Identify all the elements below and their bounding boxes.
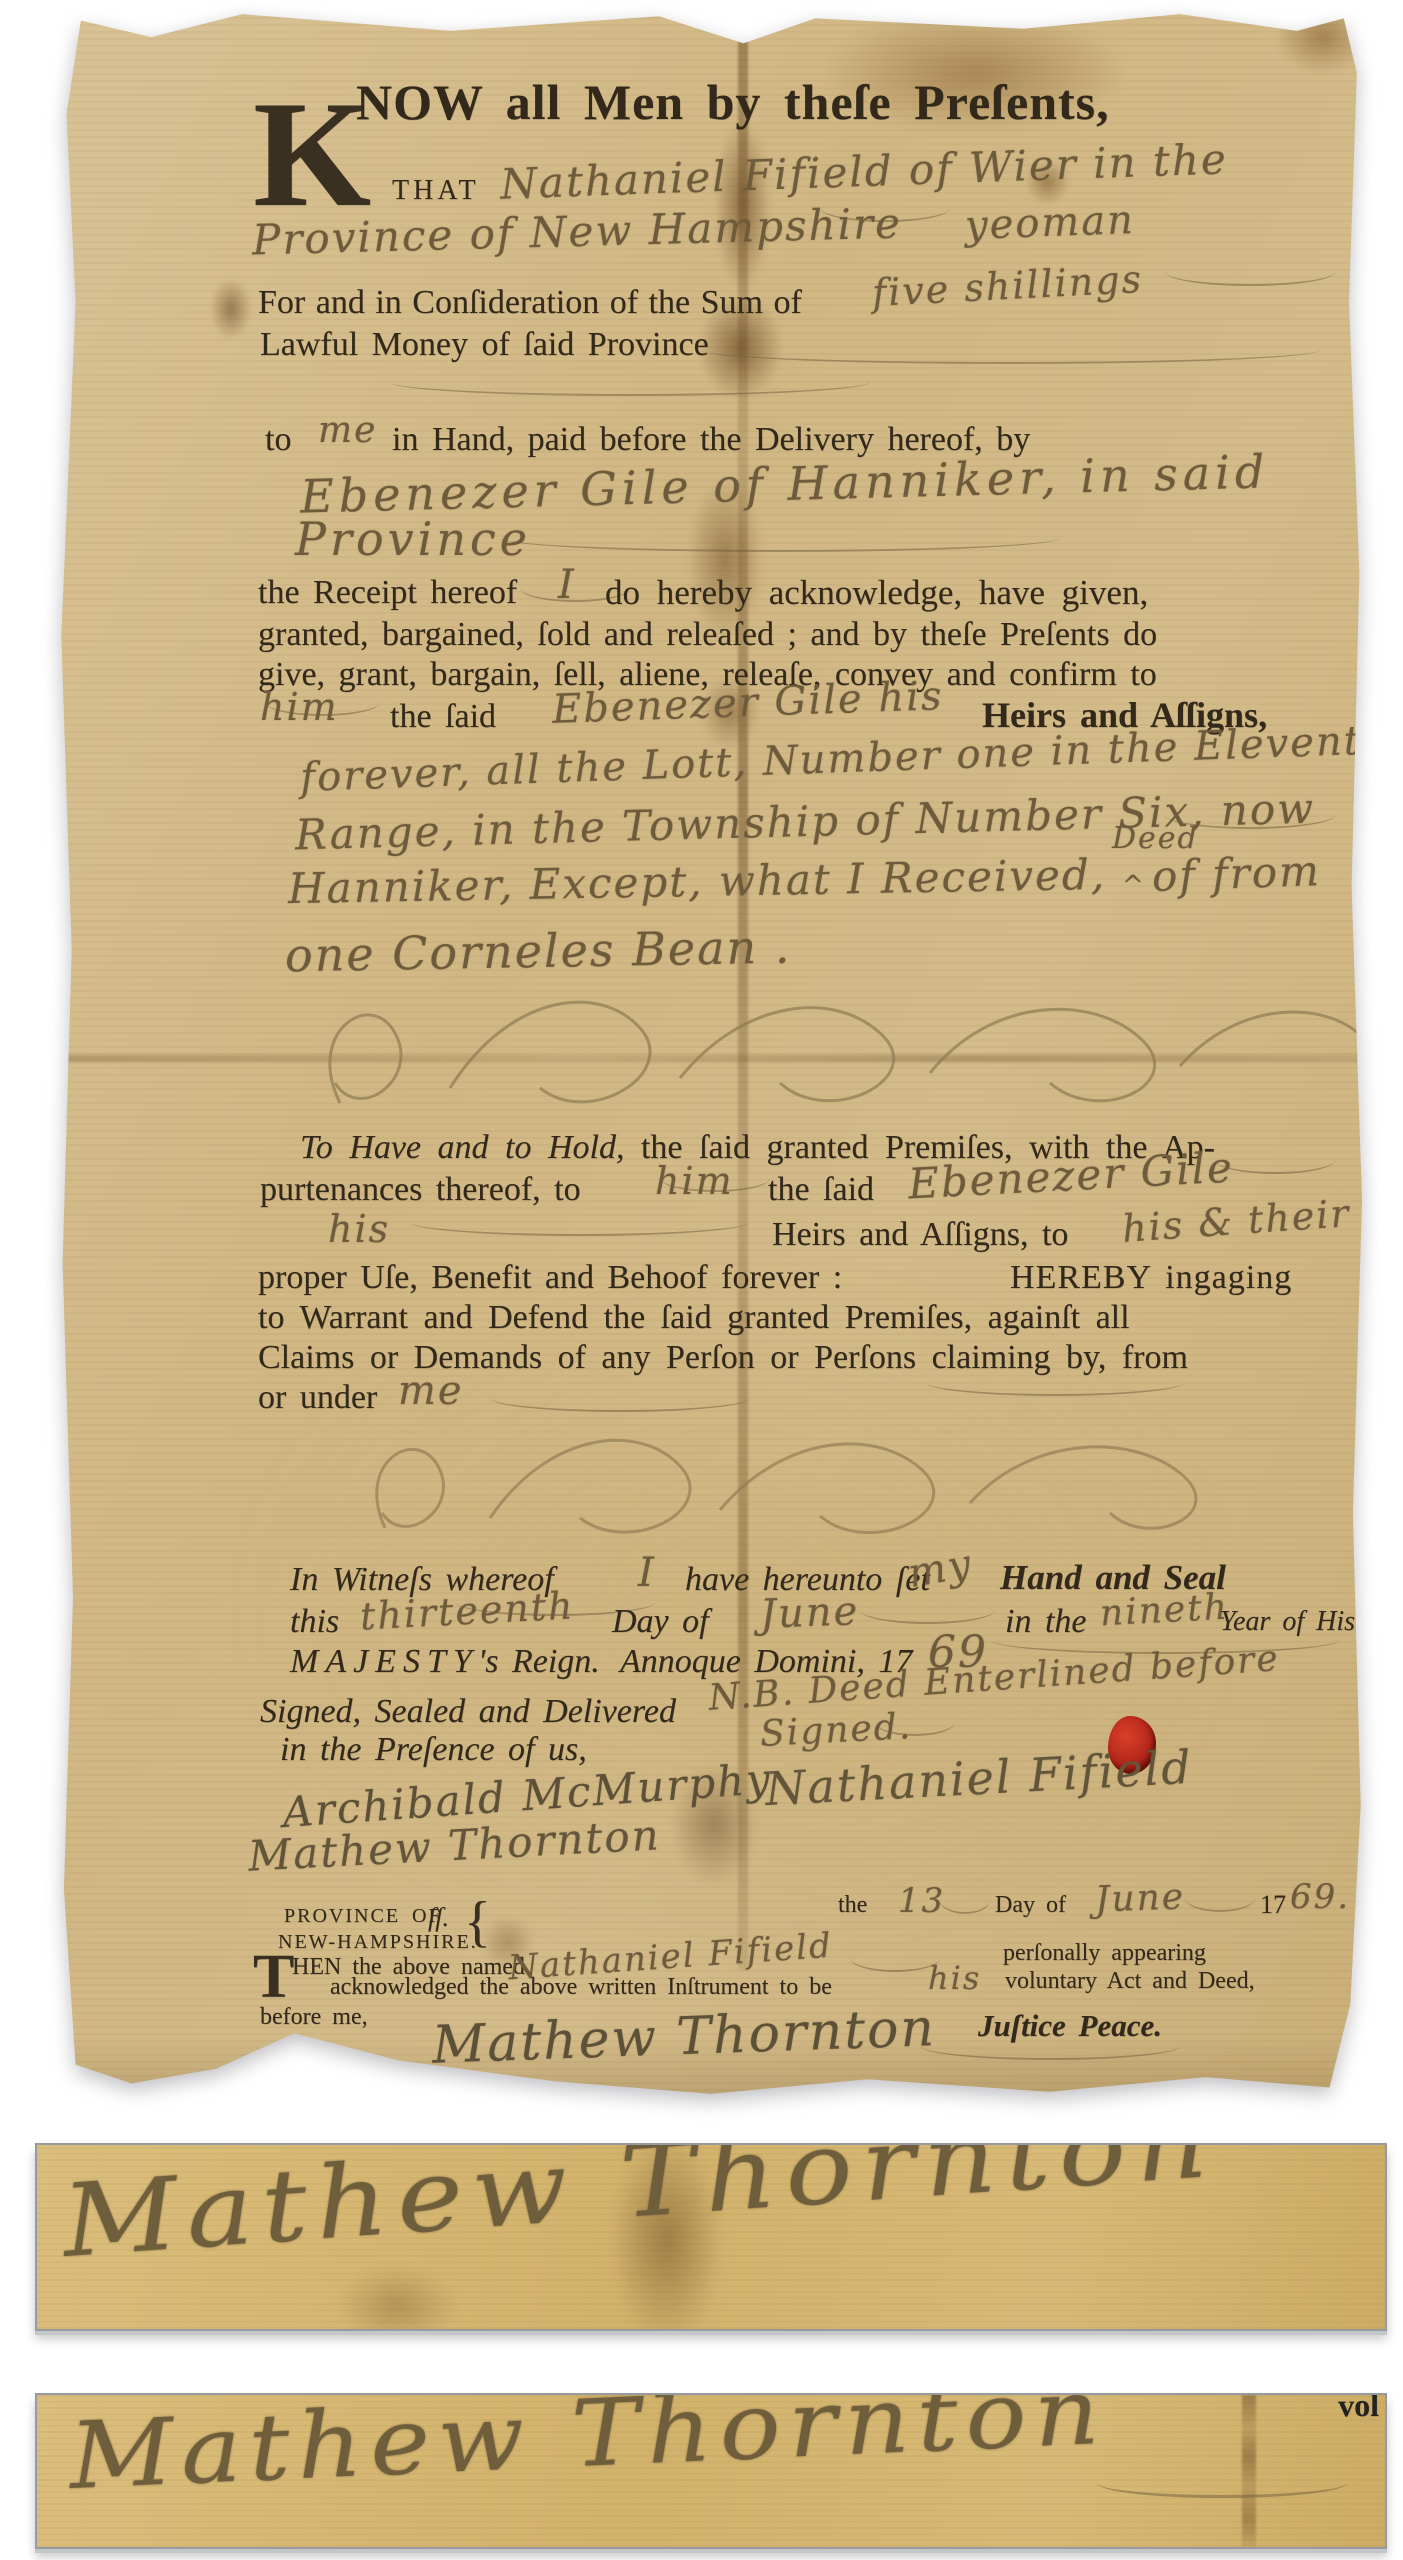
stain [715, 120, 770, 290]
hw-yeoman: yeoman [964, 197, 1135, 249]
stain [210, 278, 252, 340]
stain [688, 480, 763, 640]
consideration-line-1: For and in Conſideration of the Sum of [258, 283, 802, 322]
hw-witness-signature-1: Archibald McMurphy [281, 1755, 774, 1837]
hw-province-line: Province of New Hampshire [251, 200, 902, 265]
signature-detail-strip-1: Archibald McMurphy Mathew Thornton [35, 2143, 1387, 2331]
ss-label: ſſ. [428, 1903, 449, 1933]
hw-thornton-signature-large-2: Mathew Thornton [67, 2393, 1109, 2510]
hw-lot-line-2: Range, in the Township of Number Six, no… [295, 785, 1316, 860]
hw-me: me [318, 410, 377, 451]
hw-his: his [328, 1208, 390, 1252]
majesty-rest: 's Reign. [478, 1642, 600, 1681]
receipt-2: granted, bargained, ſold and releaſed ; … [258, 615, 1157, 654]
habendum-line-2: purtenances thereof, to [260, 1170, 581, 1209]
brace: { [464, 1894, 491, 1950]
majesty-caps: MAJESTY [290, 1642, 479, 1681]
witness-clause-1: In Witneſs whereof [290, 1560, 554, 1599]
signed-sealed: Signed, Sealed and Delivered [260, 1692, 676, 1731]
hw-province-2: Province [295, 513, 531, 566]
stain [480, 1915, 535, 1970]
pen-flourish [850, 1958, 940, 1972]
wax-seal [1108, 1716, 1156, 1774]
hw-him: him [260, 686, 339, 730]
hw-grantee-line: Ebenezer Gile of Hanniker, in said [299, 445, 1270, 523]
hw-named: Nathaniel Fifield [507, 1927, 834, 1989]
then-clause: HEN the above named [292, 1954, 525, 1982]
year-of-his: Year of His [1220, 1606, 1355, 1638]
pen-flourish [925, 1382, 1185, 1396]
stain [672, 1765, 757, 1885]
heirs-assigns: Heirs and Aſſigns, [982, 695, 1267, 736]
day-of-label: Day of [612, 1602, 709, 1641]
pen-flourish [265, 702, 380, 716]
partial-print-vol: vol [1338, 2393, 1379, 2424]
hw-lot-line-4: one Corneles Bean . [285, 921, 792, 983]
hw-lot-line-3a: Hanniker, Except, what I Received, [288, 851, 1107, 914]
personally-appearing: perſonally appearing [1003, 1940, 1206, 1968]
hw-grantee-short: Ebenezer Gile his [551, 673, 944, 733]
stain [1275, 0, 1370, 75]
that-label: THAT [392, 175, 480, 207]
hw-i-2: I [638, 1550, 656, 1596]
pen-flourish [920, 2046, 1180, 2060]
hw-grantor-name: Nathaniel Fifield of Wier in the [499, 135, 1228, 209]
in-the-label: in the [1005, 1602, 1086, 1641]
annoque-domini: Annoque Domini, 17 [620, 1642, 912, 1681]
before-me: before me, [260, 2004, 368, 2032]
pen-flourish [1097, 2483, 1347, 2498]
pen-flourish [1215, 1160, 1335, 1174]
habendum-italic: To Have and to Hold, [300, 1129, 624, 1166]
vertical-fold [1242, 2395, 1256, 2547]
pen-flourish [520, 588, 630, 602]
hw-deed-insert: Deed [1112, 822, 1199, 857]
hw-year-2: 69. [1290, 1878, 1350, 1917]
pen-flourish [990, 1640, 1340, 1654]
hw-lot-line-3b: of from [1151, 847, 1322, 901]
to-label: to [265, 420, 291, 459]
witness-clause-3: Hand and Seal [1000, 1558, 1226, 1598]
hw-i: I [558, 562, 576, 608]
warranty-line-2: Claims or Demands of any Perſon or Perſo… [258, 1338, 1188, 1377]
hw-thornton-signature-large: Mathew Thornton [59, 2143, 1220, 2280]
receipt-1a: the Receipt hereof [258, 573, 517, 612]
pen-flourish [490, 1398, 750, 1412]
pen-flourish [860, 1610, 995, 1624]
habendum-line-3: proper Uſe, Benefit and Behoof forever : [258, 1258, 842, 1297]
pen-flourish [1185, 1898, 1255, 1912]
stain [1025, 160, 1070, 205]
hw-lot-line-1: forever, all the Lott, Number one in the… [300, 717, 1391, 801]
title-drop-cap: K [253, 78, 371, 230]
hereby-clause: HEREBY ingaging [1010, 1258, 1292, 1297]
hw-day-word: thirteenth [359, 1584, 576, 1639]
receipt-3: give, grant, bargain, ſell, aliene, rele… [258, 655, 1157, 694]
the-said-2: the ſaid [768, 1170, 874, 1209]
hw-day-number: 13 [898, 1882, 945, 1921]
witness-clause-2: have hereunto ſet [685, 1560, 930, 1599]
hw-me-2: me [398, 1368, 464, 1414]
warranty-line-1: to Warrant and Defend the ſaid granted P… [258, 1298, 1130, 1337]
the-said: the ſaid [390, 697, 496, 736]
habendum-line-1: To Have and to Hold, the ſaid granted Pr… [300, 1128, 1215, 1167]
hw-justice-signature: Mathew Thornton [431, 1999, 937, 2076]
acknowledged-clause: acknowledged the above written Inſtrumen… [330, 1974, 832, 2002]
then-drop-cap: T [253, 1946, 294, 2008]
hw-grantor-signature: Nathaniel Fifield [764, 1741, 1194, 1816]
scanned-deed-page: K NOW all Men by theſe Preſents, THAT Na… [0, 0, 1403, 2560]
pen-flourish [1165, 815, 1335, 829]
hw-month-2: June [1094, 1876, 1185, 1921]
pen-flourish [500, 538, 1060, 552]
pen-flourish [390, 382, 870, 396]
receipt-1b: do hereby acknowledge, have given, [605, 573, 1148, 613]
deed-paper: K NOW all Men by theſe Preſents, THAT Na… [60, 10, 1362, 2098]
new-hampshire-label: NEW-HAMPSHIRE. [278, 1931, 478, 1954]
pen-flourish [940, 1900, 990, 1914]
hw-nb-line-2: Signed. [759, 1706, 913, 1755]
pen-flourish [820, 208, 950, 222]
pen-flourish [700, 350, 1320, 364]
hw-month: June [759, 1588, 860, 1637]
ink-flourish [350, 1418, 1270, 1553]
stain [337, 2265, 457, 2331]
year-prefix: 17 [1260, 1890, 1286, 1920]
witness-clause-4: this [290, 1602, 339, 1641]
stain [700, 675, 760, 750]
heirs-assigns-2: Heirs and Aſſigns, to [772, 1215, 1068, 1254]
pen-flourish [410, 1222, 750, 1236]
justice-peace-label: Juſtice Peace. [978, 2008, 1162, 2044]
hw-caret: ^ [1122, 872, 1146, 902]
pen-flourish [455, 1602, 655, 1616]
stain [60, 2040, 1362, 2100]
horizontal-fold [60, 1055, 1362, 1062]
habendum-rest: the ſaid granted Premiſes, with the Ap- [641, 1129, 1215, 1166]
hw-sum: five shillings [871, 258, 1144, 316]
hw-witness-signature-2: Mathew Thornton [247, 1811, 662, 1881]
day-of-label-2: Day of [995, 1892, 1066, 1920]
consideration-line-2: Lawful Money of ſaid Province [260, 325, 709, 364]
hw-my: my [904, 1541, 976, 1598]
presence-of-us: in the Preſence of us, [280, 1730, 587, 1769]
hw-his-their: his & their [1121, 1192, 1352, 1252]
page-title: NOW all Men by theſe Preſents, [356, 74, 1110, 132]
ink-flourish [300, 978, 1370, 1128]
hw-year-digits: 69 [928, 1628, 988, 1679]
in-hand-clause: in Hand, paid before the Delivery hereof… [392, 420, 1030, 459]
province-of-label: PROVINCE OF [284, 1905, 442, 1928]
hw-his-2: his [928, 1960, 981, 1997]
pen-flourish [1165, 272, 1335, 286]
signature-detail-strip-2: vol Mathew Thornton [35, 2393, 1387, 2549]
hw-grantee-2: Ebenezer Gile [907, 1144, 1235, 1209]
vertical-fold [738, 10, 748, 1970]
pen-flourish [875, 1722, 955, 1736]
the-day-label: the [838, 1892, 867, 1920]
voluntary-clause: voluntary Act and Deed, [1005, 1968, 1255, 1996]
pen-flourish [660, 1178, 770, 1192]
stain [260, 1290, 1210, 1930]
hw-nb-line-1: N.B. Deed Enterlined before [707, 1638, 1281, 1719]
hw-year-word: nineth [1099, 1587, 1230, 1635]
hw-him-2: him [655, 1160, 734, 1204]
stain [820, 10, 1130, 135]
stain [698, 295, 783, 400]
warranty-line-3: or under [258, 1378, 377, 1417]
